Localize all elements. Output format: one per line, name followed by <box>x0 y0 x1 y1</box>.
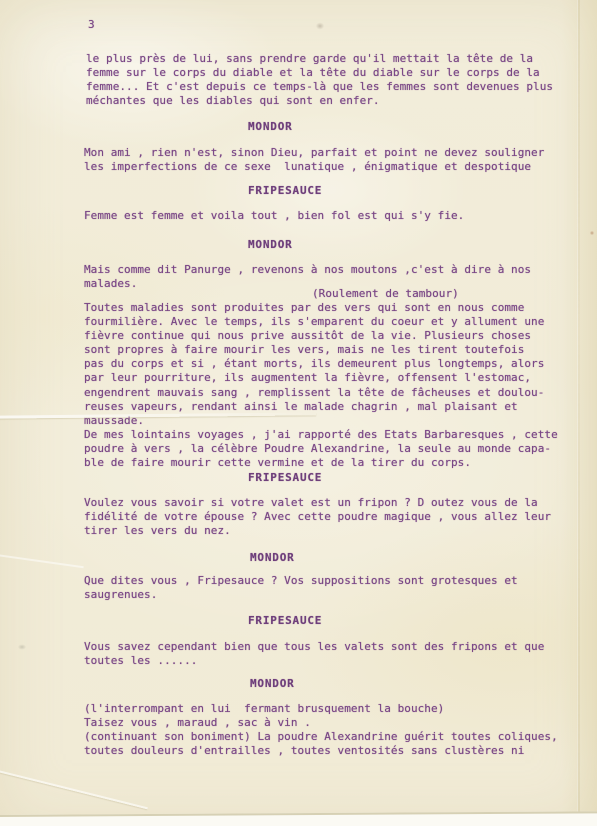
speaker-heading-mondor: MONDOR <box>250 677 450 691</box>
dialogue-paragraph: (l'interrompant en lui fermant brusqueme… <box>84 702 584 758</box>
speaker-heading-fripesauce: FRIPESAUCE <box>248 614 448 628</box>
paper-crease-diagonal <box>0 554 84 569</box>
speaker-heading-mondor: MONDOR <box>250 551 450 565</box>
speaker-heading-fripesauce: FRIPESAUCE <box>248 184 448 198</box>
dialogue-paragraph: Voulez vous savoir si votre valet est un… <box>84 496 584 538</box>
scan-bottom-edge <box>0 811 597 826</box>
paper-crease-vertical <box>577 0 580 826</box>
speaker-heading-mondor: MONDOR <box>248 238 448 252</box>
stage-direction: (Roulement de tambour) <box>312 287 572 301</box>
speaker-heading-mondor: MONDOR <box>248 120 448 134</box>
dialogue-paragraph: Toutes maladies sont produites par des v… <box>84 301 584 470</box>
dialogue-paragraph: Mon ami , rien n'est, sinon Dieu, parfai… <box>84 146 584 174</box>
dialogue-paragraph: le plus près de lui, sans prendre garde … <box>86 52 586 108</box>
paper-crease-diagonal <box>0 769 148 810</box>
dialogue-paragraph: Vous savez cependant bien que tous les v… <box>84 640 584 668</box>
dialogue-paragraph: Que dites vous , Fripesauce ? Vos suppos… <box>84 574 584 602</box>
page-number: 3 <box>88 18 118 32</box>
speaker-heading-fripesauce: FRIPESAUCE <box>248 471 448 485</box>
document-page: 3 le plus près de lui, sans prendre gard… <box>0 0 597 826</box>
dialogue-paragraph: Femme est femme et voila tout , bien fol… <box>84 209 584 223</box>
